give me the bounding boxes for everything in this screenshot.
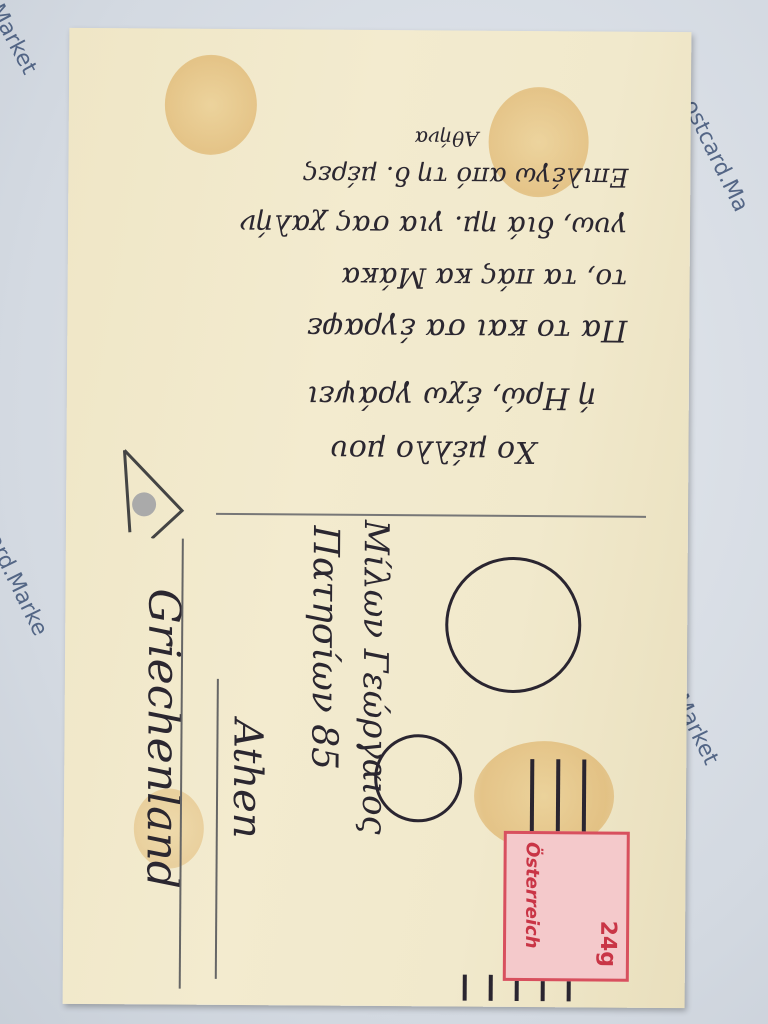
message-line: το, τα πάς κα Μάκα	[341, 261, 628, 296]
message-line: Επιλέγω από τη δ. μέρες	[303, 159, 629, 191]
stamp-value: 24g	[595, 921, 620, 968]
message-line: γυω, διά ημ. για σας χαλήν	[240, 208, 629, 244]
cancellation-bar	[582, 759, 587, 839]
message-line: Πα το και σα έγραφε	[307, 311, 628, 348]
message-line: ή Ηρώ, έχω γράψει	[306, 379, 597, 416]
postcard-corner-ornament	[122, 448, 193, 538]
stamp-country: Österreich	[521, 842, 543, 949]
postage-stamp: 24g Österreich	[503, 831, 630, 982]
address-line: Πατησίων 85	[303, 525, 346, 770]
postmark-icon	[445, 556, 582, 693]
cancellation-bar	[489, 975, 493, 1001]
coffee-stain	[165, 55, 258, 156]
top-note: Αθήνα	[414, 126, 478, 150]
cancellation-bar	[530, 759, 535, 839]
address-line: Athen	[224, 719, 271, 839]
address-underline	[215, 679, 219, 979]
cancellation-bar	[463, 975, 467, 1001]
divider-line	[216, 513, 646, 518]
postmark-icon	[374, 734, 463, 823]
cancellation-bar	[556, 759, 561, 839]
message-line: Χο μέλλο μου	[330, 433, 536, 469]
postcard: Αθήνα Χο μέλλο μου ή Ηρώ, έχω γράψει Πα …	[63, 28, 692, 1008]
